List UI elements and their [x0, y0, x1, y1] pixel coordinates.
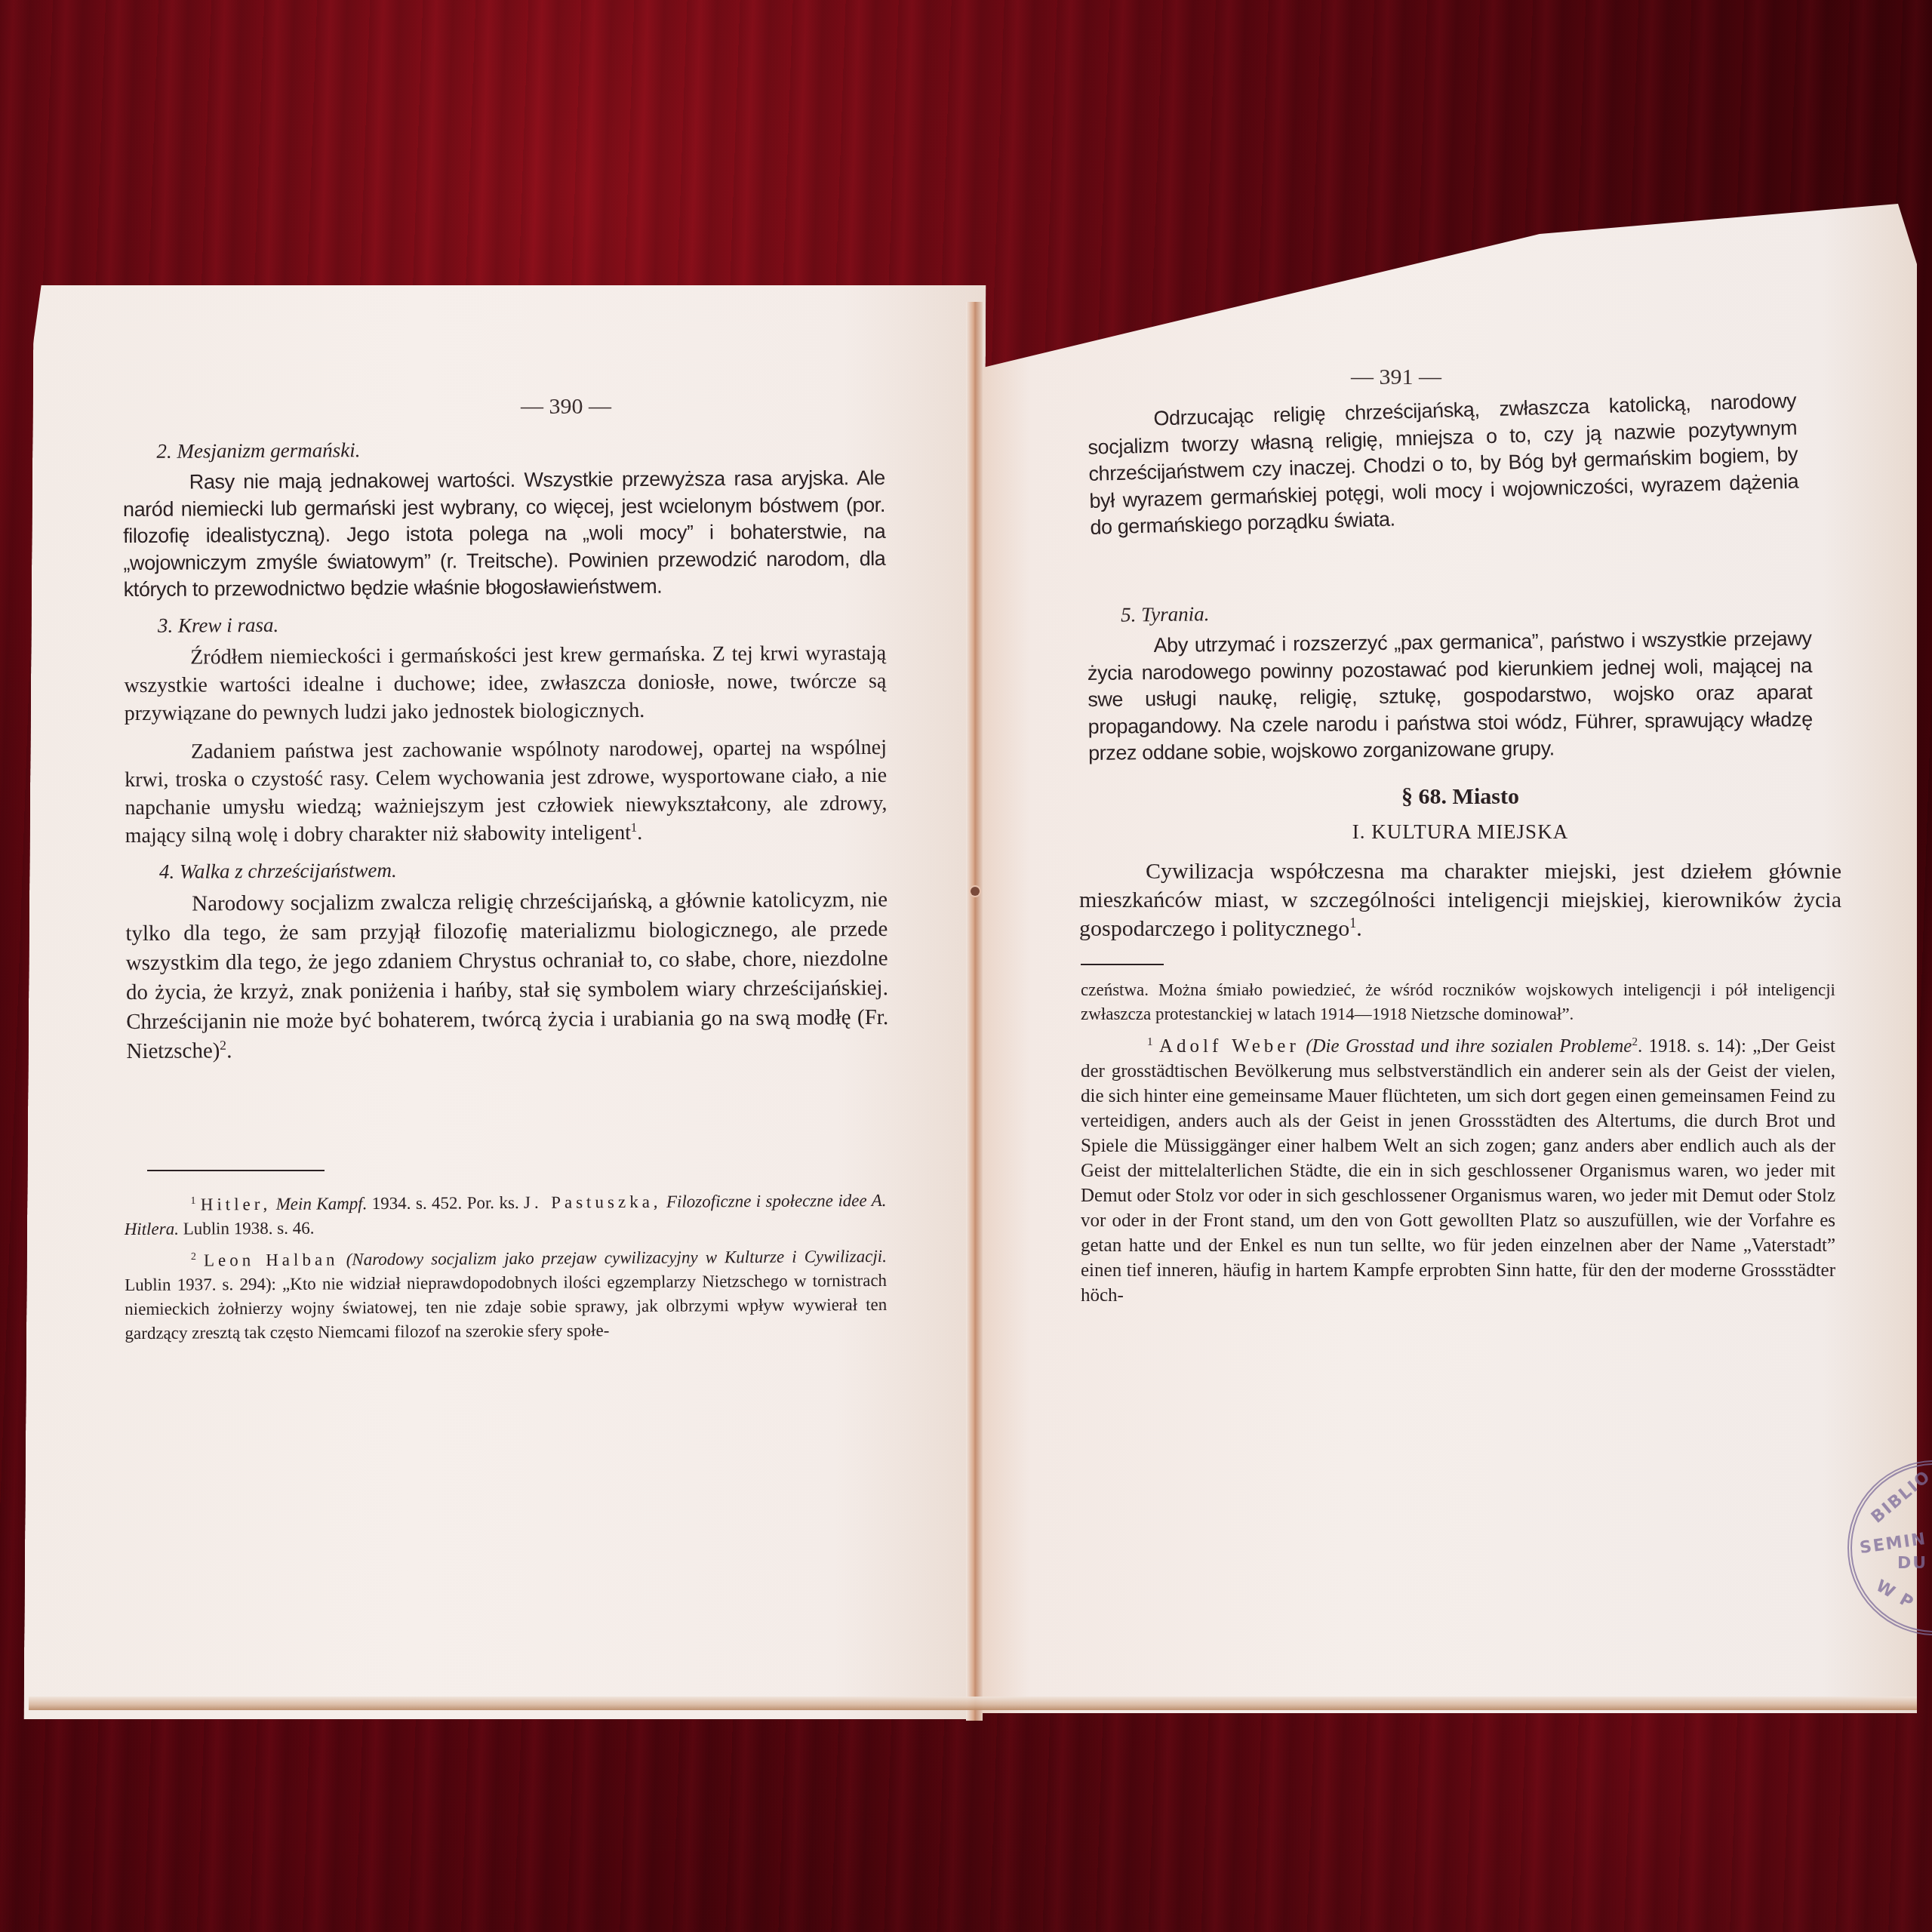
right-footnotes: czeństwa. Można śmiało powiedzieć, że wś… [1081, 978, 1835, 1315]
section-heading-2: 2. Mesjanizm germański. [156, 435, 884, 463]
footnote-author: Hitler, [201, 1195, 272, 1214]
left-footnotes: 1 Hitler, Mein Kampf. 1934. s. 452. Por.… [124, 1189, 887, 1353]
chapter-subtitle: I. KULTURA MIEJSKA [1079, 820, 1841, 844]
paragraph: Źródłem niemieckości i germańskości jest… [124, 638, 887, 727]
footnote-title: (Narodowy socjalizm jako przejaw cywiliz… [346, 1247, 887, 1269]
section-heading-3: 3. Krew i rasa. [158, 609, 886, 637]
paragraph: Zadaniem państwa jest zachowanie wspólno… [125, 733, 888, 849]
footnote-author: Leon Halban [204, 1250, 339, 1269]
footnote-separator [1081, 964, 1164, 965]
right-page-section5: 5. Tyrania. Aby utrzymać i rozszerzyć „p… [1087, 596, 1813, 778]
paragraph: Cywilizacja współczesna ma charakter mie… [1079, 857, 1841, 943]
footnote-number: 1 [1147, 1036, 1153, 1048]
paragraph: Aby utrzymać i rozszerzyć „pax germanica… [1087, 626, 1813, 768]
footnote-ref[interactable]: 1 [631, 820, 638, 834]
footnote-text: Lublin 1938. s. 46. [179, 1219, 315, 1238]
paragraph: Narodowy socjalizm zwalcza religię chrze… [125, 884, 888, 1066]
stamp-text: DU [1897, 1554, 1927, 1573]
stamp-text: W P [1872, 1577, 1917, 1614]
footnote-1: 1 Hitler, Mein Kampf. 1934. s. 452. Por.… [124, 1189, 886, 1241]
footnote-title: (Die Grosstad und ihre sozialen Probleme [1306, 1036, 1632, 1057]
footnote-number: 2 [191, 1251, 196, 1262]
binding-staple-icon [971, 887, 980, 896]
footnote-number: 1 [190, 1195, 195, 1206]
paragraph: Odrzucając religię chrześcijańską, zwłas… [1087, 388, 1800, 542]
footnote-text: . 1918. s. 14): „Der Geist der grosstädt… [1081, 1036, 1835, 1306]
paragraph: Rasy nie mają jednakowej wartości. Wszys… [123, 465, 886, 604]
paragraph-text: Cywilizacja współczesna ma charakter mie… [1079, 859, 1841, 941]
footnote-1: 1 Adolf Weber (Die Grosstad und ihre soz… [1081, 1034, 1835, 1308]
footnote-2: 2 Leon Halban (Narodowy socjalizm jako p… [125, 1244, 888, 1346]
footnote-text: Lublin 1937. s. 294): „Kto nie widział n… [125, 1271, 887, 1343]
page-bottom-edge [29, 1697, 1917, 1710]
section-heading-4: 4. Walka z chrześcijaństwem. [159, 855, 888, 883]
paragraph-text: Narodowy socjalizm zwalcza religię chrze… [125, 887, 888, 1063]
footnote-continuation: czeństwa. Można śmiało powiedzieć, że wś… [1081, 978, 1835, 1026]
book-gutter [966, 302, 983, 1721]
right-page-chapter: § 68. Miasto I. KULTURA MIEJSKA Cywiliza… [1079, 758, 1841, 954]
left-page-body: 2. Mesjanizm germański. Rasy nie mają je… [122, 435, 888, 1077]
chapter-title: § 68. Miasto [1079, 784, 1841, 810]
footnote-separator [147, 1170, 325, 1171]
footnote-author: J. Pastuszka, [524, 1192, 662, 1212]
footnote-author: Adolf Weber [1159, 1036, 1300, 1057]
edition-superscript: 2 [1632, 1036, 1638, 1048]
right-page-intro: Odrzucając religię chrześcijańską, zwłas… [1087, 388, 1800, 552]
footnote-title: Mein Kampf. [276, 1194, 368, 1214]
paragraph-text: Zadaniem państwa jest zachowanie wspólno… [125, 735, 887, 847]
footnote-ref[interactable]: 1 [1349, 915, 1356, 931]
footnote-text: 1934. s. 452. Por. ks. [367, 1193, 524, 1213]
page-number-right: — 391 — [1351, 365, 1441, 390]
page-number-left: — 390 — [521, 394, 611, 420]
footnote-ref[interactable]: 2 [220, 1037, 226, 1052]
